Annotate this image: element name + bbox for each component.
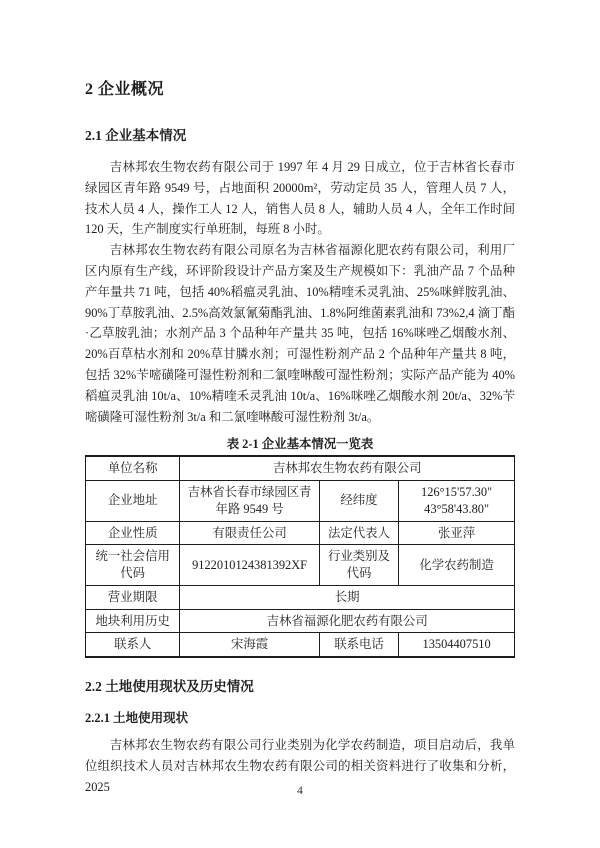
table-row-land-history: 地块利用历史 吉林省福源化肥农药有限公司 (86, 609, 515, 633)
address-label: 企业地址 (86, 481, 180, 521)
land-history-value: 吉林省福源化肥农药有限公司 (180, 609, 515, 633)
page-number: 4 (0, 785, 600, 797)
coordinates-value: 126°15'57.30" 43°58'43.80" (399, 481, 515, 521)
business-term-value: 长期 (180, 585, 515, 609)
section-2-2-1-heading: 2.2.1 土地使用现状 (85, 708, 515, 726)
table-2-1-title: 表 2-1 企业基本情况一览表 (85, 434, 515, 452)
industry-value: 化学农药制造 (399, 545, 515, 585)
company-info-table: 单位名称 吉林邦农生物农药有限公司 企业地址 吉林省长春市绿园区青年路 9549… (85, 455, 515, 658)
table-row-address: 企业地址 吉林省长春市绿园区青年路 9549 号 经纬度 126°15'57.3… (86, 481, 515, 521)
coordinates-label: 经纬度 (319, 481, 398, 521)
table-row-contact: 联系人 宋海霞 联系电话 13504407510 (86, 633, 515, 657)
phone-value: 13504407510 (399, 633, 515, 657)
document-page: 2 企业概况 2.1 企业基本情况 吉林邦农生物农药有限公司于 1997 年 4… (0, 0, 600, 848)
credit-code-label: 统一社会信用代码 (86, 545, 180, 585)
unit-name-value: 吉林邦农生物农药有限公司 (180, 456, 515, 480)
company-nature-label: 企业性质 (86, 521, 180, 545)
business-term-label: 营业期限 (86, 585, 180, 609)
page-content: 2 企业概况 2.1 企业基本情况 吉林邦农生物农药有限公司于 1997 年 4… (85, 76, 515, 797)
company-nature-value: 有限责任公司 (180, 521, 319, 545)
contact-person-value: 宋海霞 (180, 633, 319, 657)
phone-label: 联系电话 (319, 633, 398, 657)
section-2-1-paragraph-2: 吉林邦农生物农药有限公司原名为吉林省福源化肥农药有限公司，利用厂区内原有生产线，… (85, 240, 515, 427)
address-value: 吉林省长春市绿园区青年路 9549 号 (180, 481, 319, 521)
latitude-value: 43°58'43.80" (404, 501, 509, 518)
table-row-nature: 企业性质 有限责任公司 法定代表人 张亚萍 (86, 521, 515, 545)
chapter-heading: 2 企业概况 (85, 76, 515, 99)
table-row-credit-code: 统一社会信用代码 9122010124381392XF 行业类别及代码 化学农药… (86, 545, 515, 585)
unit-name-label: 单位名称 (86, 456, 180, 480)
table-row-term: 营业期限 长期 (86, 585, 515, 609)
longitude-value: 126°15'57.30" (404, 484, 509, 501)
credit-code-value: 9122010124381392XF (180, 545, 319, 585)
legal-rep-value: 张亚萍 (399, 521, 515, 545)
section-2-2-heading: 2.2 土地使用现状及历史情况 (85, 675, 515, 695)
land-history-label: 地块利用历史 (86, 609, 180, 633)
industry-label: 行业类别及代码 (319, 545, 398, 585)
section-2-1-paragraph-1: 吉林邦农生物农药有限公司于 1997 年 4 月 29 日成立，位于吉林省长春市… (85, 157, 515, 240)
legal-rep-label: 法定代表人 (319, 521, 398, 545)
section-2-1-heading: 2.1 企业基本情况 (85, 124, 515, 144)
contact-person-label: 联系人 (86, 633, 180, 657)
table-row-unit-name: 单位名称 吉林邦农生物农药有限公司 (86, 456, 515, 480)
